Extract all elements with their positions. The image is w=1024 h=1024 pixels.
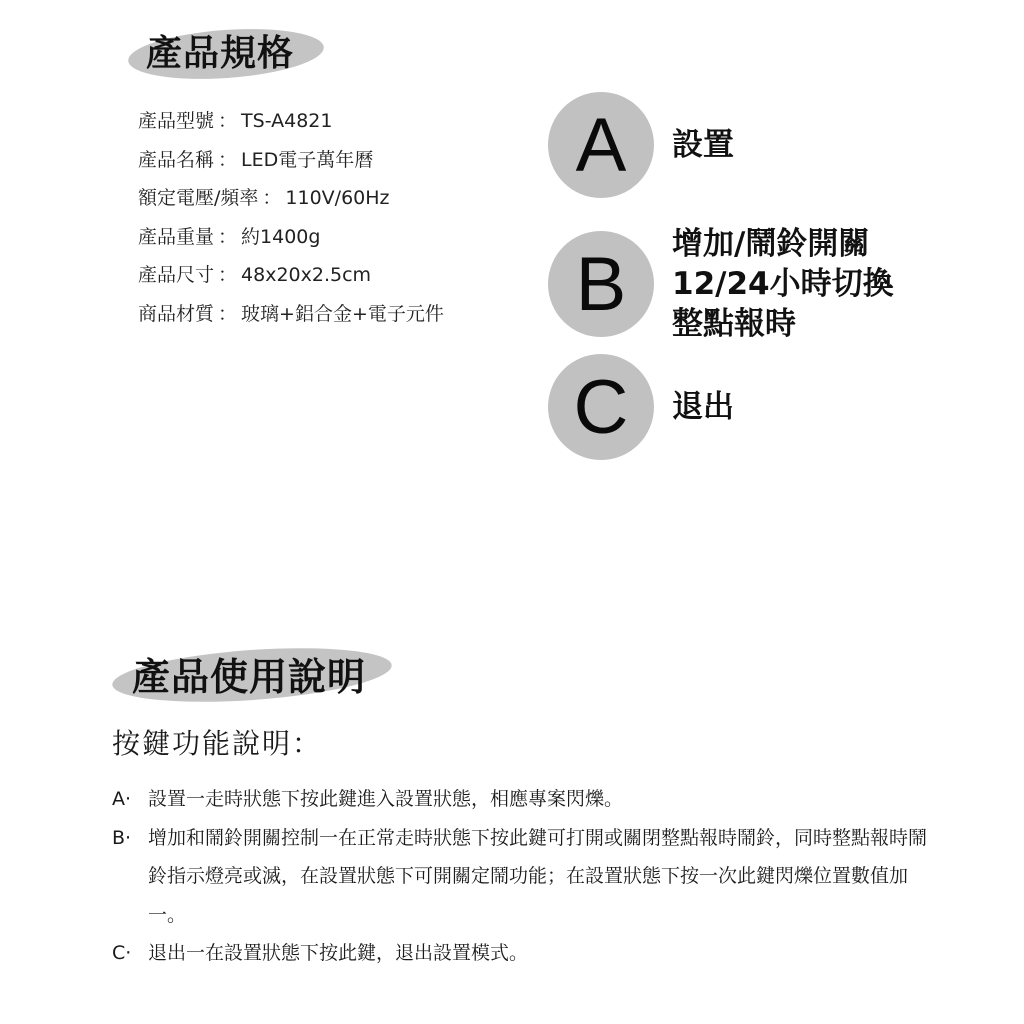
legend-line: 退出 — [672, 387, 734, 427]
legend-item-c: C 退出 — [548, 354, 734, 460]
instruction-text: 退出一在設置狀態下按此鍵，退出設置模式。 — [148, 934, 932, 973]
button-a-circle-icon: A — [548, 92, 654, 198]
button-b-circle-icon: B — [548, 231, 654, 337]
key-function-subheading: 按鍵功能說明： — [112, 722, 322, 762]
spec-row-name: 產品名稱：LED電子萬年曆 — [138, 141, 444, 180]
spec-label: 產品名稱 — [138, 149, 214, 171]
spec-label: 額定電壓/頻率 — [138, 187, 258, 209]
instruction-list: A‧ 設置一走時狀態下按此鍵進入設置狀態，相應專案閃爍。 B‧ 增加和鬧鈴開關控… — [112, 780, 932, 973]
legend-item-a: A 設置 — [548, 92, 734, 198]
spec-section-heading: 產品規格 — [128, 22, 328, 78]
spec-separator: ： — [262, 187, 281, 209]
legend-line: 12/24小時切換 — [672, 264, 894, 304]
spec-separator: ： — [218, 264, 237, 286]
spec-row-model: 產品型號：TS-A4821 — [138, 102, 444, 141]
spec-separator: ： — [218, 303, 237, 325]
instruction-key: A‧ — [112, 780, 148, 819]
spec-label: 商品材質 — [138, 303, 214, 325]
spec-row-weight: 產品重量：約1400g — [138, 218, 444, 257]
spec-value: LED電子萬年曆 — [241, 149, 373, 171]
usage-heading-text: 產品使用說明 — [132, 646, 366, 701]
legend-item-b: B 增加/鬧鈴開關 12/24小時切換 整點報時 — [548, 224, 894, 344]
legend-line: 設置 — [672, 125, 734, 165]
button-c-circle-icon: C — [548, 354, 654, 460]
spec-value: TS-A4821 — [241, 110, 332, 132]
spec-heading-text: 產品規格 — [146, 25, 294, 76]
instruction-item-a: A‧ 設置一走時狀態下按此鍵進入設置狀態，相應專案閃爍。 — [112, 780, 932, 819]
instruction-key: C‧ — [112, 934, 148, 973]
spec-list: 產品型號：TS-A4821 產品名稱：LED電子萬年曆 額定電壓/頻率：110V… — [138, 102, 444, 333]
spec-value: 48x20x2.5cm — [241, 264, 371, 286]
spec-separator: ： — [218, 110, 237, 132]
instruction-key: B‧ — [112, 819, 148, 935]
spec-label: 產品型號 — [138, 110, 214, 132]
spec-value: 110V/60Hz — [285, 187, 389, 209]
spec-separator: ： — [218, 226, 237, 248]
instruction-text: 增加和鬧鈴開關控制一在正常走時狀態下按此鍵可打開或關閉整點報時鬧鈴，同時整點報時… — [148, 819, 932, 935]
spec-value: 玻璃+鋁合金+電子元件 — [241, 303, 444, 325]
spec-value: 約1400g — [241, 226, 320, 248]
spec-row-voltage: 額定電壓/頻率：110V/60Hz — [138, 179, 444, 218]
spec-row-material: 商品材質：玻璃+鋁合金+電子元件 — [138, 295, 444, 334]
spec-label: 產品重量 — [138, 226, 214, 248]
instruction-text: 設置一走時狀態下按此鍵進入設置狀態，相應專案閃爍。 — [148, 780, 932, 819]
spec-row-size: 產品尺寸：48x20x2.5cm — [138, 256, 444, 295]
instruction-item-c: C‧ 退出一在設置狀態下按此鍵，退出設置模式。 — [112, 934, 932, 973]
legend-description: 增加/鬧鈴開關 12/24小時切換 整點報時 — [672, 224, 894, 344]
legend-line: 增加/鬧鈴開關 — [672, 224, 894, 264]
spec-separator: ： — [218, 149, 237, 171]
usage-section-heading: 產品使用說明 — [112, 640, 402, 706]
spec-label: 產品尺寸 — [138, 264, 214, 286]
instruction-item-b: B‧ 增加和鬧鈴開關控制一在正常走時狀態下按此鍵可打開或關閉整點報時鬧鈴，同時整… — [112, 819, 932, 935]
legend-description: 設置 — [672, 125, 734, 165]
legend-line: 整點報時 — [672, 304, 894, 344]
legend-description: 退出 — [672, 387, 734, 427]
